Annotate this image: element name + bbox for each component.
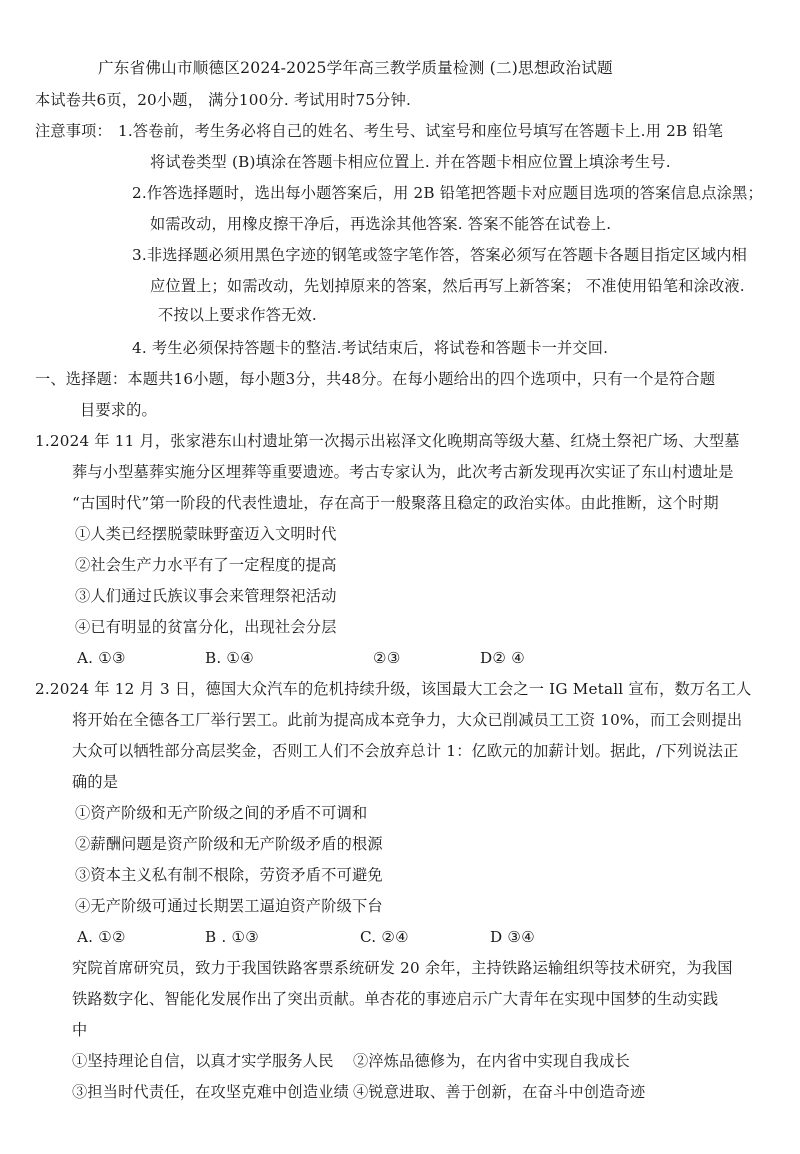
statement-4: ④已有明显的贫富分化，出现社会分层: [75, 617, 337, 637]
question-stem-line: 将开始在全德各工厂举行罢工。此前为提高成本竞争力，大众已削减员工工资 10%，而…: [72, 710, 742, 730]
question-stem-line: 1.2024 年 11 月，张家港东山村遗址第一次揭示出崧泽文化晚期高等级大墓、…: [35, 431, 740, 451]
exam-intro: 本试卷共6页，20小题， 满分100分. 考试用时75分钟.: [35, 90, 411, 110]
option-b[interactable]: B. ①④: [205, 648, 254, 668]
option-d[interactable]: D ③④: [490, 927, 535, 947]
notice-item-2-line-1: 2.作答选择题时，选出每小题答案后，用 2B 铅笔把答题卡对应题目选项的答案信息…: [132, 183, 763, 203]
notice-label: 注意事项：: [35, 121, 112, 141]
notice-item-3-line-1: 3.非选择题必须用黑色字迹的钢笔或签字笔作答，答案必须写在答题卡各题目指定区域内…: [132, 245, 747, 265]
question-stem-line: 中: [72, 1020, 87, 1040]
question-stem-line: 2.2024 年 12 月 3 日，德国大众汽车的危机持续升级，该国最大工会之一…: [35, 679, 751, 699]
statement-1: ①人类已经摆脱蒙昧野蛮迈入文明时代: [75, 524, 337, 544]
question-stem-line: 葬与小型墓葬实施分区埋葬等重要遗迹。考古专家认为，此次考古新发现再次实证了东山村…: [72, 462, 734, 482]
question-stem-line: 铁路数字化、智能化发展作出了突出贡献。单杏花的事迹启示广大青年在实现中国梦的生动…: [72, 989, 718, 1009]
statement-2: ②薪酬问题是资产阶级和无产阶级矛盾的根源: [75, 834, 383, 854]
option-c[interactable]: ②③: [373, 648, 401, 668]
question-stem-line: 究院首席研究员，致力于我国铁路客票系统研发 20 余年，主持铁路运输组织等技术研…: [72, 958, 733, 978]
statement-2: ②淬炼品德修为，在内省中实现自我成长: [353, 1051, 630, 1071]
statement-2: ②社会生产力水平有了一定程度的提高: [75, 555, 337, 575]
section-heading-cont: 目要求的。: [80, 400, 157, 420]
option-a[interactable]: A. ①②: [77, 927, 126, 947]
section-heading: 一、选择题：本题共16小题，每小题3分，共48分。在每小题给出的四个选项中，只有…: [35, 369, 715, 389]
statement-4: ④无产阶级可通过长期罢工逼迫资产阶级下台: [75, 896, 383, 916]
notice-item-1-line-2: 将试卷类型 (B)填涂在答题卡相应位置上. 并在答题卡相应位置上填涂考生号.: [150, 152, 671, 172]
question-stem-line: “古国时代”第一阶段的代表性遗址，存在高于一般聚落且稳定的政治实体。由此推断，这…: [72, 493, 719, 513]
statement-1: ①资产阶级和无产阶级之间的矛盾不可调和: [75, 803, 367, 823]
option-a[interactable]: A. ①③: [77, 648, 126, 668]
statement-1: ①坚持理论自信，以真才实学服务人民: [72, 1051, 334, 1071]
question-stem-line: 确的是: [72, 772, 118, 792]
statement-4: ④锐意进取、善于创新，在奋斗中创造奇迹: [353, 1082, 645, 1102]
statement-3: ③人们通过氏族议事会来管理祭祀活动: [75, 586, 337, 606]
option-b[interactable]: B . ①③: [205, 927, 259, 947]
notice-item-1-line-1: 1.答卷前，考生务必将自己的姓名、考生号、试室号和座位号填写在答题卡上.用 2B…: [118, 121, 723, 141]
notice-item-2-line-2: 如需改动，用橡皮擦干净后，再选涂其他答案. 答案不能答在试卷上.: [150, 214, 611, 234]
option-c[interactable]: C. ②④: [360, 927, 409, 947]
notice-item-4-line-1: 4. 考生必须保持答题卡的整洁.考试结束后，将试卷和答题卡一并交回.: [132, 338, 608, 358]
statement-3: ③资本主义私有制不根除，劳资矛盾不可避免: [75, 865, 383, 885]
page-title: 广东省佛山市顺德区2024-2025学年高三教学质量检测 (二)思想政治试题: [98, 58, 613, 78]
statement-3: ③担当时代责任，在攻坚克难中创造业绩: [72, 1082, 349, 1102]
option-d[interactable]: D② ④: [480, 648, 525, 668]
question-stem-line: 大众可以牺牲部分高层奖金，否则工人们不会放弃总计 1：亿欧元的加薪计划。据此，/…: [72, 741, 738, 761]
notice-item-3-line-3: 不按以上要求作答无效.: [158, 305, 317, 325]
notice-item-3-line-2: 应位置上；如需改动，先划掉原来的答案，然后再写上新答案； 不准使用铅笔和涂改液.: [150, 276, 745, 296]
